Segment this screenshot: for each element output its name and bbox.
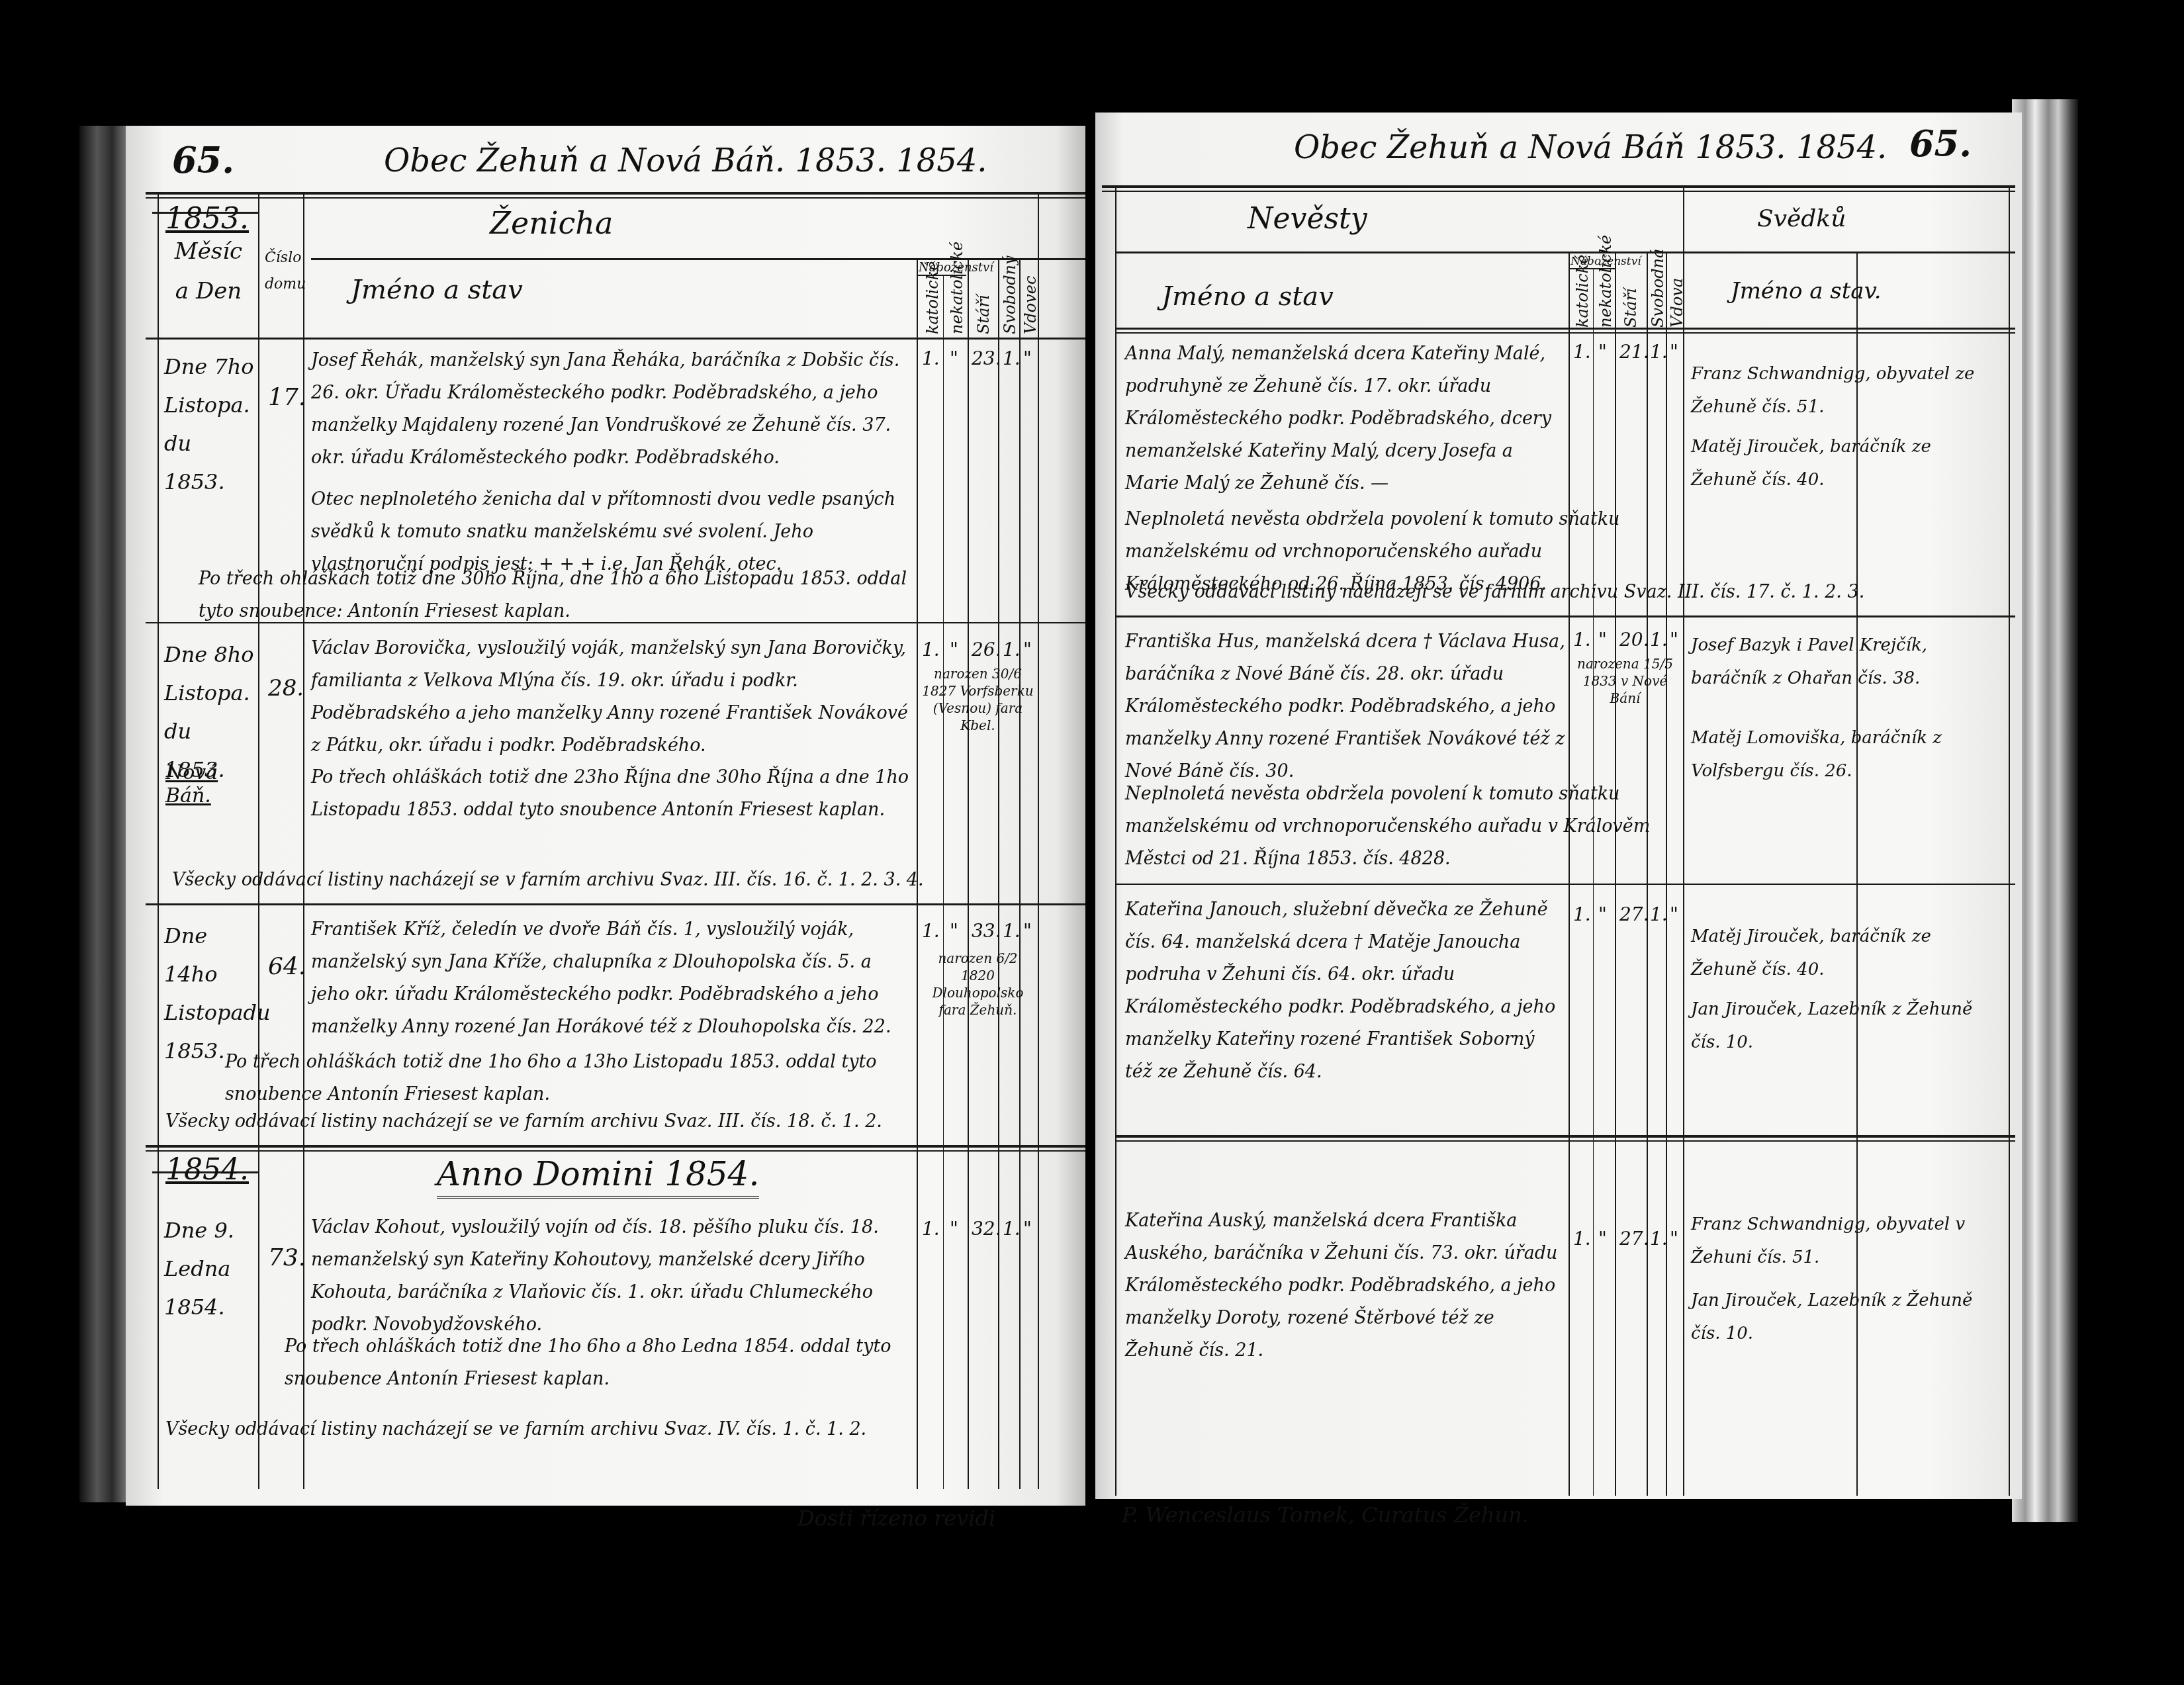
groom-description: Josef Řehák, manželský syn Jana Řeháka, …	[311, 344, 910, 474]
stat-catholic: 1.	[922, 1218, 940, 1240]
bride-section-header: Nevěsty	[1248, 202, 1367, 236]
stat-catholic: 1.	[1573, 341, 1591, 363]
stat-non-catholic: "	[950, 347, 958, 369]
non-catholic-header: nekatolické	[948, 281, 966, 334]
archive-note: Všecky oddávací listiny nacházejí se ve …	[165, 1413, 927, 1445]
stat-single: 1.	[1003, 920, 1021, 942]
birth-note: narozen 6/2 1820 Dlouhopolsko fara Žehuň…	[920, 950, 1036, 1019]
page-title: Obec Žehuň a Nová Báň 1853. 1854.	[1294, 129, 1887, 166]
bride-description: Kateřina Auský, manželská dcera Františk…	[1125, 1205, 1565, 1367]
birth-note: narozena 15/5 1833 v Nové Bání	[1570, 655, 1680, 707]
consent-note: Neplnoletá nevěsta obdržela povolení k t…	[1125, 778, 1674, 875]
witness-1: Josef Bazyk i Pavel Krejčík, baráčník z …	[1691, 629, 2002, 695]
witness-name-status-header: Jméno a stav.	[1731, 278, 1882, 304]
stat-single: 1.	[1003, 639, 1021, 660]
stat-catholic: 1.	[1573, 629, 1591, 651]
page-title: Obec Žehuň a Nová Báň. 1853. 1854.	[384, 142, 987, 179]
bride-description: Anna Malý, nemanželská dcera Kateřiny Ma…	[1125, 338, 1565, 500]
entry-place: Nová Báň.	[165, 761, 245, 807]
house-number-header: Číslo domu	[265, 245, 301, 298]
single-header: Svobodná	[1649, 258, 1667, 328]
stat-widow: "	[1670, 341, 1678, 363]
stat-catholic: 1.	[1573, 903, 1591, 925]
stat-non-catholic: "	[1598, 341, 1607, 363]
banns-note: Po třech ohláškách totiž dne 23ho Října …	[311, 761, 910, 826]
stat-age: 33.	[972, 920, 1001, 942]
banns-note: Po třech ohláškách totiž dne 1ho 6ho a 8…	[285, 1330, 920, 1395]
banns-note: Po třech ohláškách totiž dne 1ho 6ho a 1…	[225, 1046, 887, 1111]
stat-catholic: 1.	[1573, 1228, 1591, 1250]
archive-note: Všecky oddávací listiny nacházejí se ve …	[165, 1105, 927, 1138]
stat-widower: "	[1023, 920, 1032, 942]
stat-non-catholic: "	[950, 920, 958, 942]
anno-domini-heading: Anno Domini 1854.	[437, 1155, 759, 1199]
groom-description: František Kříž, čeledín ve dvoře Báň čís…	[311, 913, 910, 1043]
stat-catholic: 1.	[922, 639, 940, 660]
entry-date: Dne 7ho Listopa. du 1853.	[164, 347, 257, 501]
stat-widow: "	[1670, 903, 1678, 925]
stat-age: 20.	[1619, 629, 1649, 651]
entry-date: Dne 9. Ledna 1854.	[164, 1211, 257, 1326]
stat-non-catholic: "	[1598, 629, 1607, 651]
year-header: 1853.	[165, 202, 249, 236]
stat-age: 26.	[972, 639, 1001, 660]
stat-non-catholic: "	[1598, 903, 1607, 925]
archive-note: Všecky oddávací listiny nacházejí se v f…	[172, 864, 1032, 896]
catholic-header: katolické	[1573, 275, 1592, 328]
witness-1: Franz Schwandnigg, obyvatel ze Žehuně čí…	[1691, 357, 2002, 424]
groom-description: Václav Borovička, vysloužilý voják, manž…	[311, 632, 910, 762]
stat-age: 32.	[972, 1218, 1001, 1240]
stat-widower: "	[1023, 347, 1032, 369]
curate-signature: P. Wenceslaus Tomek, Curatus Žehun.	[1122, 1502, 1529, 1527]
witness-1: Matěj Jirouček, baráčník ze Žehuně čís. …	[1691, 920, 2002, 986]
stat-single: 1.	[1650, 341, 1668, 363]
stat-age: 27.	[1619, 1228, 1649, 1250]
stat-widower: "	[1023, 1218, 1032, 1240]
witness-2: Matěj Jirouček, baráčník ze Žehuně čís. …	[1691, 430, 2002, 496]
house-number: 73.	[268, 1244, 306, 1271]
stat-age: 23.	[972, 347, 1001, 369]
stat-age: 27.	[1619, 903, 1649, 925]
age-header: Stáří	[1621, 271, 1640, 328]
witness-2: Jan Jirouček, Lazebník z Žehuně čís. 10.	[1691, 1284, 2002, 1350]
stat-single: 1.	[1650, 629, 1668, 651]
stat-single: 1.	[1650, 1228, 1668, 1250]
left-page: 65. Obec Žehuň a Nová Báň. 1853. 1854. 1…	[126, 126, 1085, 1506]
page-number: 65.	[1909, 122, 1972, 165]
stat-widower: "	[1023, 639, 1032, 660]
stat-single: 1.	[1003, 1218, 1021, 1240]
revision-signature: Dosti řízeno revidi	[797, 1506, 995, 1531]
book-gutter	[1085, 113, 1095, 1502]
house-number: 28.	[268, 675, 304, 702]
widow-header: Vdova	[1668, 265, 1686, 328]
witness-2: Jan Jirouček, Lazebník z Žehuně čís. 10.	[1691, 993, 2002, 1059]
non-catholic-header: nekatolické	[1596, 275, 1615, 328]
book-edge-right	[2012, 99, 2078, 1522]
birth-note: narozen 30/6 1827 Vorfsberku (Vesnou) fa…	[920, 665, 1036, 734]
archive-note: Všecky oddávací listiny nacházejí se ve …	[1125, 576, 1886, 608]
single-header: Svobodný	[1001, 268, 1019, 334]
widower-header: Vdovec	[1021, 268, 1040, 334]
banns-note: Po třech ohláškách totiž dne 30ho Října,…	[199, 563, 913, 627]
name-status-header: Jméno a stav	[351, 275, 523, 305]
house-number: 64.	[268, 953, 306, 980]
witness-1: Franz Schwandnigg, obyvatel v Žehuni čís…	[1691, 1208, 2002, 1274]
stat-non-catholic: "	[1598, 1228, 1607, 1250]
groom-section-header: Ženicha	[490, 205, 613, 241]
page-number: 65.	[172, 139, 234, 181]
month-day-header: Měsíc a Den	[165, 232, 251, 311]
stat-single: 1.	[1003, 347, 1021, 369]
bride-description: Františka Hus, manželská dcera † Václava…	[1125, 625, 1565, 788]
witnesses-header: Svědků	[1757, 205, 1846, 232]
name-status-header: Jméno a stav	[1161, 281, 1334, 312]
stat-widow: "	[1670, 1228, 1678, 1250]
stat-age: 21.	[1619, 341, 1649, 363]
house-number: 17.	[268, 384, 306, 411]
stat-non-catholic: "	[950, 1218, 958, 1240]
witness-2: Matěj Lomoviška, baráčník z Volfsbergu č…	[1691, 721, 2002, 788]
catholic-header: katolické	[923, 281, 942, 334]
bride-description: Kateřina Janouch, služební děvečka ze Že…	[1125, 893, 1565, 1088]
right-page: Obec Žehuň a Nová Báň 1853. 1854. 65. Ne…	[1095, 113, 2022, 1499]
groom-description: Václav Kohout, vysloužilý vojín od čís. …	[311, 1211, 910, 1341]
stat-widow: "	[1670, 629, 1678, 651]
stat-catholic: 1.	[922, 920, 940, 942]
stat-single: 1.	[1650, 903, 1668, 925]
stat-catholic: 1.	[922, 347, 940, 369]
year-header: 1854.	[165, 1153, 249, 1187]
stat-non-catholic: "	[950, 639, 958, 660]
age-header: Stáří	[974, 278, 993, 334]
